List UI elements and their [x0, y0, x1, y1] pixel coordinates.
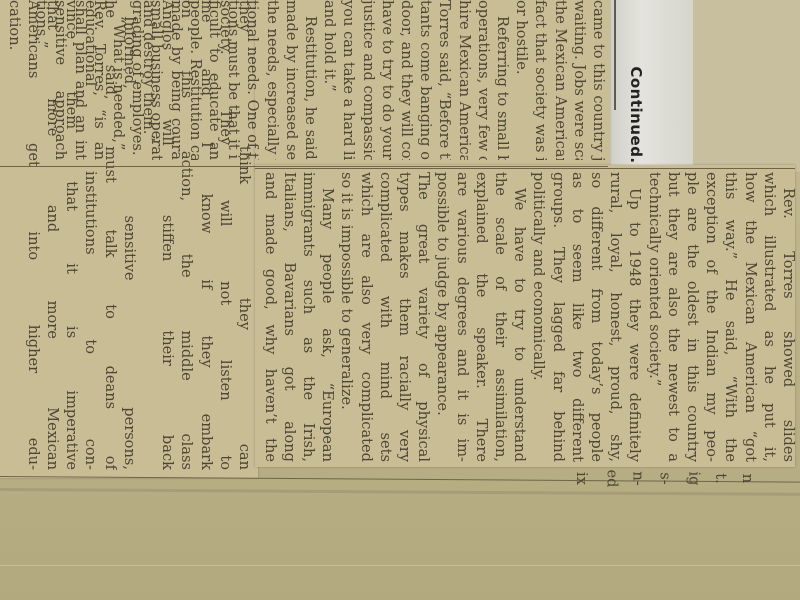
text-line: people. Restitution ca — [186, 0, 205, 160]
text-line: grading of employes. — [128, 0, 147, 160]
text-line: Italians, Bavarians got along — [280, 172, 299, 462]
text-line: how the Mexican American “got — [740, 172, 759, 462]
text-line: small business operat — [147, 0, 166, 160]
edge-fragment: ed — [603, 470, 620, 488]
text-line: this way.” He said, “With the — [721, 172, 740, 462]
text-line: politically and economically. — [529, 172, 548, 462]
text-line: ficult to educate an — [205, 0, 224, 160]
text-line: exception of the Indian my peo- — [702, 172, 721, 462]
article-column-c: came to this country jobswaiting. Jobs w… — [0, 0, 608, 160]
edge-fragment: ig — [686, 471, 703, 485]
text-line: We have to try to understand — [510, 172, 529, 462]
text-line: but they are also the newest to a — [664, 172, 683, 462]
text-line: waiting. Jobs were scarce — [570, 0, 589, 160]
text-line: Many people ask, “European — [318, 172, 337, 462]
text-line: the scale of their assimilation, — [491, 172, 510, 462]
text-line: door, and they will com — [397, 0, 416, 160]
text-line: Torres said, “Before th — [435, 0, 454, 160]
text-line: ple are the oldest in this country — [683, 172, 702, 462]
text-line: Restitution, he said, — [301, 0, 320, 160]
text-line: explained the speaker. There — [472, 172, 491, 462]
text-line: shall plan and an int — [70, 0, 89, 160]
text-line: the Mexican Americans pl — [550, 0, 569, 160]
text-line: made by being coura — [166, 0, 185, 160]
continued-label-box: Continued. — [626, 60, 646, 170]
text-line: rural, loyal, honest, proud, shy, — [606, 172, 625, 462]
text-line: “What is needed,” — [109, 0, 128, 160]
text-line: the needs, especially th — [262, 0, 281, 160]
edge-fragment: t. — [712, 473, 729, 484]
text-line: and made good, why haven’t the — [260, 172, 279, 462]
text-line: so it is impossible to generalize. — [337, 172, 356, 462]
newsprint-strip: Continued. — [608, 0, 693, 172]
edge-fragment: n — [739, 474, 756, 483]
text-line: Rev. Torres showed slides — [779, 172, 798, 462]
text-line: Up to 1948 they were definitely — [625, 172, 644, 462]
continued-label: Continued. — [627, 66, 645, 163]
edge-fragment: ix — [573, 472, 590, 485]
text-line: tants come banging o — [416, 0, 435, 160]
text-line: The great variety of physical — [414, 172, 433, 462]
text-line: operations, very few of — [474, 0, 493, 160]
newsprint-rule — [614, 0, 616, 110]
text-line: which illustrated as he put it, — [760, 172, 779, 462]
text-line: as to seem like two different — [568, 172, 587, 462]
text-line: justice and compassio — [358, 0, 377, 160]
column-rule-mid — [255, 168, 795, 169]
text-line: came to this country jobs — [589, 0, 608, 160]
right-board — [690, 0, 800, 172]
column-rule-top — [0, 166, 608, 167]
text-line: Referring to small b — [493, 0, 512, 160]
text-line: and hold it.” — [320, 0, 339, 160]
text-line: types makes them racially very — [395, 172, 414, 462]
text-line: tions must be that it is — [224, 0, 243, 160]
text-line: are various degrees and it is im- — [452, 172, 471, 462]
text-line: so different from today’s people — [587, 172, 606, 462]
text-line: groups. They lagged far behind — [548, 172, 567, 462]
article-column-b-text: Rev. Torres showed slideswhich illustrat… — [260, 172, 798, 462]
text-line: Rev. Torres, “is an — [90, 0, 109, 160]
article-column-b: Rev. Torres showed slideswhich illustrat… — [258, 172, 798, 462]
text-line: possible to judge by appearance. — [433, 172, 452, 462]
text-line: made by increased sens — [282, 0, 301, 160]
text-line: which are also very complicated — [356, 172, 375, 462]
text-line: fact that society was indi — [531, 0, 550, 160]
edge-fragment: s- — [657, 472, 674, 484]
text-line: hire Mexican Americans, — [454, 0, 473, 160]
text-line: technically oriented society.” — [644, 172, 663, 462]
article-column-c-text: came to this country jobswaiting. Jobs w… — [32, 0, 608, 160]
text-line: you can take a hard lin — [339, 0, 358, 160]
text-line: or hostile. — [512, 0, 531, 160]
text-line: tions.” — [32, 0, 51, 160]
text-line: immigrants such as the Irish, — [299, 172, 318, 462]
paper-crease-2 — [0, 565, 800, 566]
edge-fragment: n- — [630, 471, 647, 485]
text-line: tional needs. One of th — [243, 0, 262, 160]
text-line: complicated with mind sets — [376, 172, 395, 462]
text-line: have to try to do your p — [378, 0, 397, 160]
text-line: sensitive approach — [51, 0, 70, 160]
